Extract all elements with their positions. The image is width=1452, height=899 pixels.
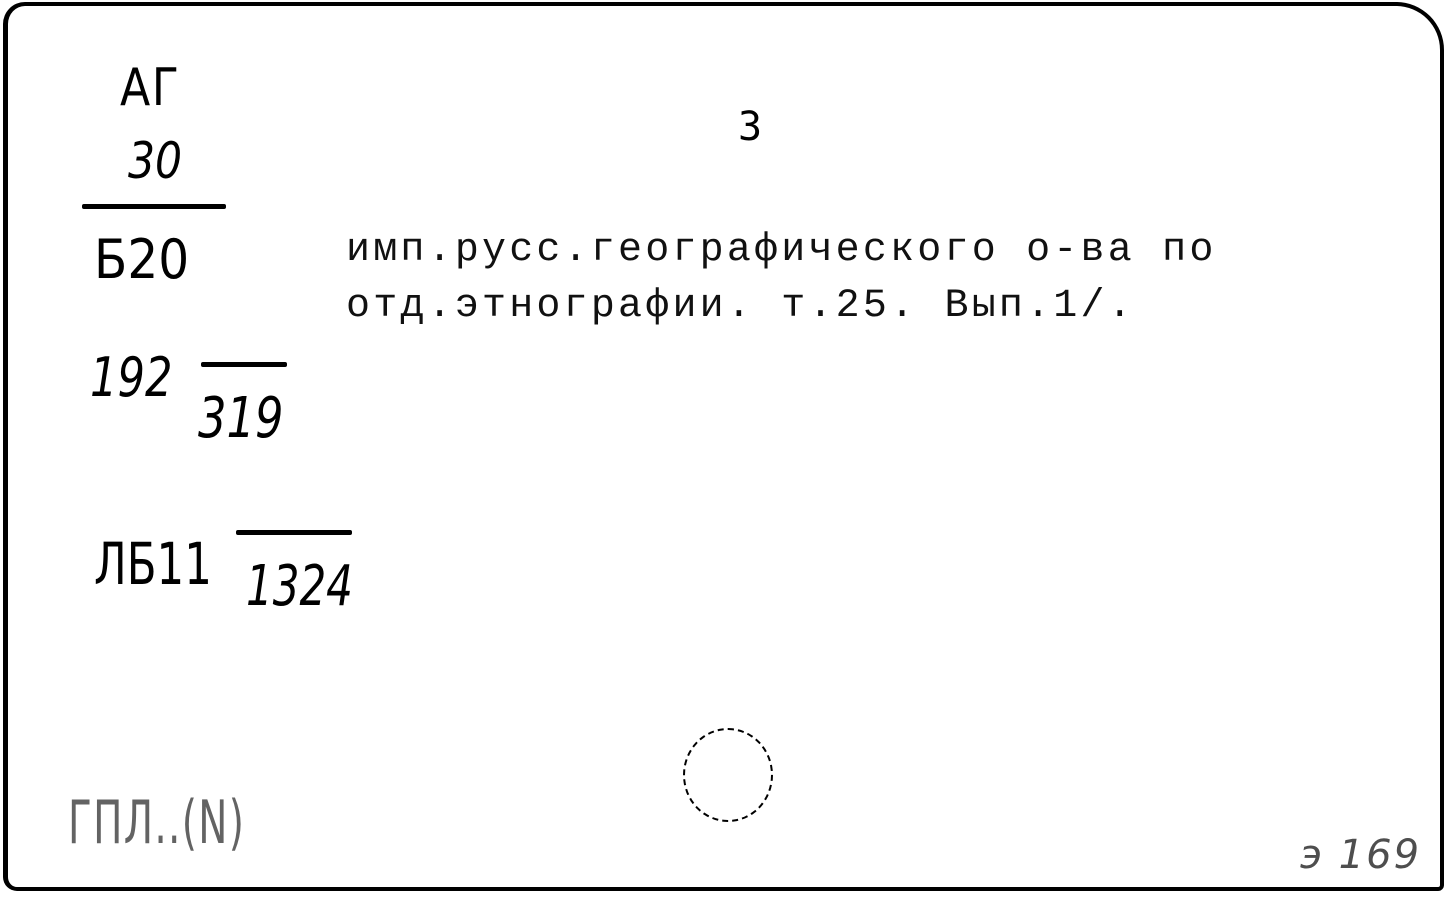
shelf-mark-b20: Б20 bbox=[94, 228, 189, 291]
shelf-mark-319: 319 bbox=[198, 386, 284, 451]
typed-text-line-2: отд.этнографии. т.25. Вып.1/. bbox=[346, 284, 1135, 329]
inventory-number: э 169 bbox=[1300, 832, 1421, 878]
shelf-mark-1324: 1324 bbox=[246, 554, 353, 619]
fraction-divider bbox=[82, 204, 226, 209]
punch-hole-circle-icon bbox=[683, 728, 773, 822]
typed-text-line-1: имп.русс.географического о-ва по bbox=[346, 228, 1217, 273]
overline-divider bbox=[201, 362, 287, 367]
card-number-mark: 3 bbox=[738, 104, 762, 150]
catalog-card: 3 АГ 30 Б20 192 319 ЛБ11 1324 имп.русс.г… bbox=[3, 2, 1444, 891]
shelf-mark-30: 30 bbox=[128, 132, 182, 190]
shelf-mark-192: 192 bbox=[90, 346, 172, 409]
overline-divider bbox=[236, 530, 352, 535]
library-stamp: ГПЛ..(N) bbox=[68, 788, 245, 858]
shelf-mark-lb11: ЛБ11 bbox=[94, 530, 212, 598]
shelf-mark-ag: АГ bbox=[120, 58, 181, 118]
